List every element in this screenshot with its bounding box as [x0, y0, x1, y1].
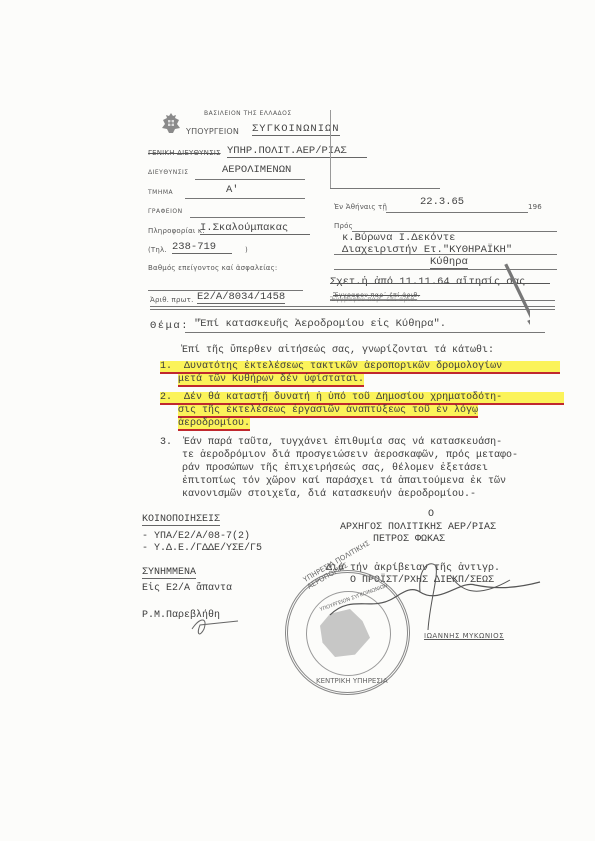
item-2-line-2: σις τῆς ἐκτελέσεως ἐργασιῶν ἀναπτύξεως τ… — [178, 405, 478, 418]
item-3-line-4: ἐπιτοπίως τόν χῶρον καί παράσχει τά ἀπαι… — [182, 476, 506, 487]
copies-heading: ΚΟΙΝΟΠΟΙΗΣΕΙΣ — [142, 514, 220, 526]
protocol-struck-label: Ἔγγραφον παρ᾽ ἐπί ἀριθ. — [330, 296, 417, 303]
item-text: Δέν θά καταστῇ δυνατή ἡ ὑπό τοῦ Δημοσίου… — [184, 392, 502, 403]
item-3-line-5: κανονισμῶν στοιχεῖα, διά κατασκευήν ἀερο… — [182, 489, 476, 500]
info-label: Πληροφορίαι κ. — [148, 227, 205, 235]
section-value: Α' — [226, 184, 239, 196]
directorate-label: ΔΙΕΥΘΥΝΣΙΣ — [148, 169, 189, 176]
copies-item-2: - Υ.Δ.Ε./ΓΔΔΕ/ΥΣΕ/Γ5 — [142, 543, 262, 554]
protocol-number: Ε2/Α/8034/1458 — [197, 291, 285, 304]
item-text: Ἐάν παρά ταῦτα, τυγχάνει ἐπιθυμία σας νά… — [184, 437, 502, 448]
signature-article: Ο — [428, 509, 434, 520]
protocol-label: Ἀριθ. πρωτ. — [150, 296, 194, 304]
signature-title: ΑΡΧΗΓΟΣ ΠΟΛΙΤΙΚΗΣ ΑΕΡ/ΡΙΑΣ — [340, 522, 496, 533]
to-label: Πρός — [334, 222, 353, 230]
date-year-suffix: 196 — [528, 203, 542, 211]
attachments-text: Εἰς Ε2/Α ἅπαντα — [142, 583, 232, 594]
item-3-line-1: 3. Ἐάν παρά ταῦτα, τυγχάνει ἐπιθυμία σας… — [160, 437, 502, 448]
item-number: 1. — [160, 361, 172, 372]
phone-close: ) — [245, 246, 248, 254]
kingdom-heading: ΒΑΣΙΛΕΙΟΝ ΤΗΣ ΕΛΛΑΔΟΣ — [204, 110, 292, 117]
pen-arrow-icon — [490, 262, 530, 337]
ministry-label: ΥΠΟΥΡΓΕΙΟΝ — [186, 127, 239, 136]
office-label: ΓΡΑΦΕΙΟΝ — [148, 208, 183, 215]
priority-label: Βαθμός επείγοντος καί ἀσφαλείας: — [148, 264, 277, 272]
attachments-heading: ΣΥΝΗΜΜΕΝΑ — [142, 567, 196, 579]
service-label: ΓΕΝΙΚΗ ΔΙΕΥΘΥΝΣΙΣ — [148, 149, 221, 157]
item-2-line-1: 2. Δέν θά καταστῇ δυνατή ἡ ὑπό τοῦ Δημοσ… — [160, 392, 564, 405]
ministry-value: ΣΥΓΚΟΙΝΩΝΙΩΝ — [252, 123, 340, 136]
section-label: ΤΜΗΜΑ — [148, 189, 173, 196]
item-text: Δυνατότης ἐκτελέσεως τακτικῶν ἀεροπορικῶ… — [184, 361, 502, 372]
handwritten-signature-icon — [310, 560, 550, 635]
recipient-place: Κύθηρα — [430, 256, 468, 269]
recipient-name: κ.Βύρωνα Ι.Δεκόντε — [342, 232, 455, 244]
info-value: Ι.Σκαλούμπακας — [200, 222, 310, 235]
service-value: ΥΠΗΡ.ΠΟΛΙΤ.ΑΕΡ/ΡΙΑΣ — [227, 145, 367, 158]
subject-value: "Ἐπί κατασκευῆς Ἀεροδρομίου εἰς Κύθηρα". — [194, 318, 446, 330]
royal-crest-icon — [160, 112, 182, 134]
phone-value: 238-719 — [172, 241, 232, 254]
item-number: 2. — [160, 392, 172, 403]
date-prefix: Ἐν Ἀθήναις τῇ — [334, 203, 387, 211]
phone-label: (Τηλ. — [148, 246, 167, 254]
item-3-line-2: τε ἀεροδρόμιον διά προσγειώσειν ἀεροσκαφ… — [182, 450, 518, 461]
item-number: 3. — [160, 437, 172, 448]
letter-date: 22.3.65 — [420, 196, 464, 208]
directorate-value: ΑΕΡΟΛΙΜΕΝΩΝ — [222, 164, 291, 176]
item-1-line-2: μετά τῶν Κυθήρων δέν ὑφίσταται. — [178, 374, 364, 387]
item-1-line-1: 1. Δυνατότης ἐκτελέσεως τακτικῶν ἀεροπορ… — [160, 361, 560, 374]
body-intro: Ἐπί τῆς ὕπερθεν αἰτήσεώς σας, γνωρίζοντα… — [182, 345, 494, 356]
document-page: ΒΑΣΙΛΕΙΟΝ ΤΗΣ ΕΛΛΑΔΟΣ ΥΠΟΥΡΓΕΙΟΝ ΣΥΓΚΟΙΝ… — [0, 0, 595, 841]
item-3-line-3: ράν προσώπων τῆς ἐπιχειρήσεώς σας, θέλομ… — [182, 463, 488, 474]
item-2-line-3: ἀεροδρομίου. — [178, 418, 250, 431]
copies-item-1: - ΥΠΑ/Ε2/Α/08-7(2) — [142, 531, 250, 542]
stamp-bottom-text: ΚΕΝΤΡΙΚΗ ΥΠΗΡΕΣΙΑ — [316, 677, 388, 685]
initials-signature-icon — [190, 615, 240, 639]
subject-label: Θέμα: — [150, 320, 189, 332]
